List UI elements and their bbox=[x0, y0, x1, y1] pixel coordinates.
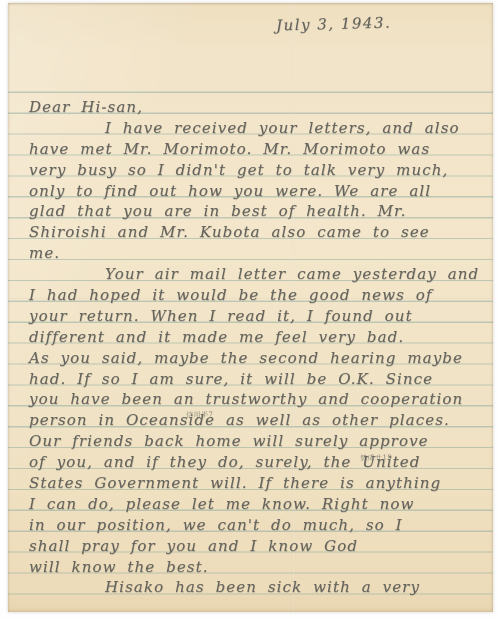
letter-line: Our friends back home will surely approv… bbox=[29, 431, 487, 452]
letter-line: you have been an trustworthy and coopera… bbox=[29, 389, 487, 410]
letter-line-text: glad that you are in best of health. Mr. bbox=[29, 202, 407, 220]
letter-line: very busy so I didn't get to talk very m… bbox=[29, 160, 487, 181]
letter-line: I have received your letters, and also bbox=[29, 118, 487, 139]
kanji-annotation-1: 信用半7 bbox=[186, 410, 214, 421]
letter-line: person in Oceanside as well as other pla… bbox=[29, 410, 487, 431]
letter-line-text: I can do, please let me know. Right now bbox=[29, 495, 415, 513]
letter-line: States Government will. If there is anyt… bbox=[29, 473, 487, 494]
letter-line-text: different and it made me feel very bad. bbox=[29, 328, 404, 346]
letter-paper: July 3, 1943. Dear Hi-san, I have receiv… bbox=[8, 3, 493, 612]
letter-line-text: As you said, maybe the second hearing ma… bbox=[29, 349, 463, 367]
letter-line: me. bbox=[29, 243, 487, 264]
letter-line-text: very busy so I didn't get to talk very m… bbox=[29, 161, 448, 179]
letter-line: had. If so I am sure, it will be O.K. Si… bbox=[29, 369, 487, 390]
letter-line-text: you have been an trustworthy and coopera… bbox=[29, 390, 463, 408]
letter-line-text: Shiroishi and Mr. Kubota also came to se… bbox=[29, 223, 430, 241]
letter-line-text: me. bbox=[29, 244, 60, 262]
letter-line: Shiroishi and Mr. Kubota also came to se… bbox=[29, 222, 487, 243]
letter-line: I can do, please let me know. Right now bbox=[29, 494, 487, 515]
letter-line: different and it made me feel very bad. bbox=[29, 327, 487, 348]
scan-background: July 3, 1943. Dear Hi-san, I have receiv… bbox=[0, 0, 500, 619]
letter-line: As you said, maybe the second hearing ma… bbox=[29, 348, 487, 369]
letter-line: have met Mr. Morimoto. Mr. Morimoto was bbox=[29, 139, 487, 160]
letter-line: glad that you are in best of health. Mr. bbox=[29, 201, 487, 222]
letter-line-text: Hisako has been sick with a very bbox=[105, 578, 420, 596]
letter-line-text: person in Oceanside as well as other pla… bbox=[29, 411, 450, 429]
letter-line: will know the best. bbox=[29, 557, 487, 578]
letter-line-text: in our position, we can't do much, so I bbox=[29, 516, 403, 534]
letter-line-text: I had hoped it would be the good news of bbox=[29, 286, 433, 304]
letter-line: shall pray for you and I know God bbox=[29, 536, 487, 557]
letter-line: in our position, we can't do much, so I bbox=[29, 515, 487, 536]
letter-line-text: I have received your letters, and also bbox=[105, 119, 460, 137]
letter-line-text: Your air mail letter came yesterday and bbox=[105, 265, 479, 283]
letter-line: Hisako has been sick with a very bbox=[29, 577, 487, 598]
letter-line-text: have met Mr. Morimoto. Mr. Morimoto was bbox=[29, 140, 430, 158]
letter-line-text: had. If so I am sure, it will be O.K. Si… bbox=[29, 370, 433, 388]
letter-date: July 3, 1943. bbox=[276, 13, 392, 34]
letter-line: only to find out how you were. We are al… bbox=[29, 181, 487, 202]
letter-line-text: shall pray for you and I know God bbox=[29, 537, 358, 555]
letter-line-text: States Government will. If there is anyt… bbox=[29, 474, 441, 492]
letter-line-text: Dear Hi-san, bbox=[29, 98, 143, 116]
kanji-annotation-2: 賛成サ19 bbox=[360, 452, 393, 463]
letter-line: your return. When I read it, I found out bbox=[29, 306, 487, 327]
letter-line: Dear Hi-san, bbox=[29, 97, 487, 118]
letter-body: Dear Hi-san, I have received your letter… bbox=[29, 97, 487, 598]
letter-line-text: will know the best. bbox=[29, 558, 209, 576]
letter-line-text: only to find out how you were. We are al… bbox=[29, 182, 431, 200]
letter-line: I had hoped it would be the good news of bbox=[29, 285, 487, 306]
letter-line-text: Our friends back home will surely approv… bbox=[29, 432, 429, 450]
letter-line: Your air mail letter came yesterday and bbox=[29, 264, 487, 285]
letter-line: of you, and if they do, surely, the Unit… bbox=[29, 452, 487, 473]
letter-line-text: your return. When I read it, I found out bbox=[29, 307, 413, 325]
